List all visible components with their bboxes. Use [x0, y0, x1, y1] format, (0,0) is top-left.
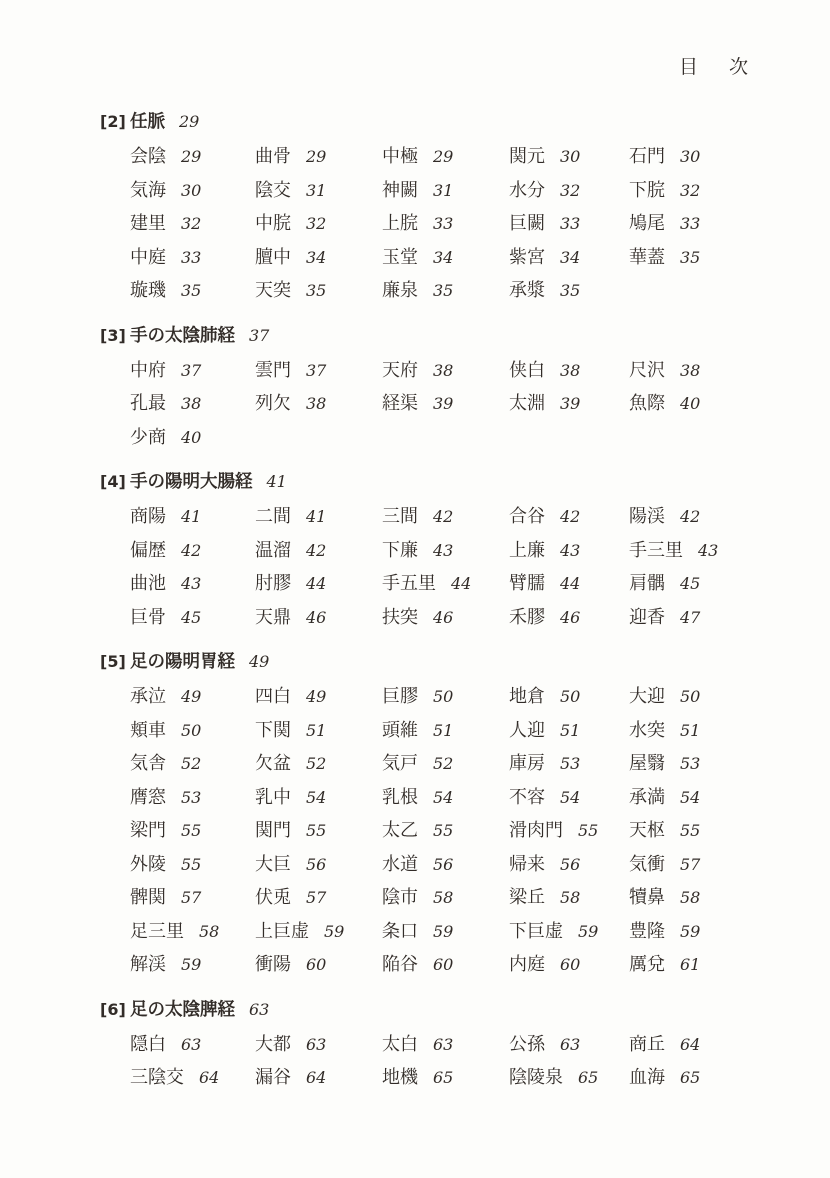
section-number: [4]	[100, 464, 130, 500]
point-name: 膺窓	[130, 787, 166, 808]
point-page-number: 34	[433, 248, 453, 267]
point-name: 承泣	[130, 686, 166, 707]
point-name: 髀関	[130, 887, 166, 908]
point-name: 石門	[629, 146, 665, 167]
point-page-number: 40	[181, 428, 201, 447]
toc-entry: 魚際40	[629, 387, 770, 421]
toc-entry: 石門30	[629, 140, 770, 174]
point-page-number: 57	[680, 855, 700, 874]
toc-row: 隠白63 大都63 太白63 公孫63 商丘64	[130, 1028, 770, 1062]
point-page-number: 38	[433, 361, 453, 380]
point-page-number: 54	[680, 788, 700, 807]
toc-entry: 肩髃45	[629, 567, 770, 601]
point-page-number: 55	[181, 855, 201, 874]
point-page-number: 50	[433, 687, 453, 706]
point-name: 関元	[509, 146, 545, 167]
point-name: 下巨虚	[509, 921, 563, 942]
point-page-number: 42	[181, 541, 201, 560]
toc-entry: 解渓59	[130, 948, 255, 982]
point-name: 華蓋	[629, 247, 665, 268]
toc-entry: 曲骨29	[255, 140, 382, 174]
point-name: 上巨虚	[255, 921, 309, 942]
toc-entry: 経渠39	[382, 387, 509, 421]
point-name: 太淵	[509, 393, 545, 414]
point-page-number: 30	[680, 147, 700, 166]
point-page-number: 31	[433, 181, 453, 200]
toc-entry: 大迎50	[629, 680, 770, 714]
point-page-number: 40	[680, 394, 700, 413]
toc-entry: 華蓋35	[629, 241, 770, 275]
section-rows: 隠白63 大都63 太白63 公孫63 商丘64 三陰交64 漏谷64 地機65…	[130, 1028, 770, 1095]
toc-entry: 温溜42	[255, 534, 382, 568]
point-name: 少商	[130, 427, 166, 448]
toc-entry: 巨闕33	[509, 207, 629, 241]
point-name: 会陰	[130, 146, 166, 167]
point-page-number: 41	[306, 507, 326, 526]
toc-entry: 承漿35	[509, 274, 629, 308]
toc-entry: 下関51	[255, 714, 382, 748]
toc-entry: 下廉43	[382, 534, 509, 568]
toc-entry: 承泣49	[130, 680, 255, 714]
point-page-number: 32	[306, 214, 326, 233]
toc-entry: 手三里43	[629, 534, 770, 568]
point-name: 水突	[629, 720, 665, 741]
section-header: [4]手の陽明大腸経41	[0, 464, 830, 500]
point-name: 伏兎	[255, 887, 291, 908]
point-page-number: 53	[680, 754, 700, 773]
point-page-number: 29	[181, 147, 201, 166]
section-rows: 中府37 雲門37 天府38 侠白38 尺沢38 孔最38 列欠38 経渠39 …	[130, 354, 770, 455]
toc-entry: 太乙55	[382, 814, 509, 848]
toc-entry: 膻中34	[255, 241, 382, 275]
section-number: [5]	[100, 644, 130, 680]
point-name: 商陽	[130, 506, 166, 527]
point-name: 大巨	[255, 854, 291, 875]
point-page-number: 53	[560, 754, 580, 773]
point-page-number: 32	[560, 181, 580, 200]
point-page-number: 37	[181, 361, 201, 380]
toc-row: 巨骨45 天鼎46 扶突46 禾膠46 迎香47	[130, 601, 770, 635]
point-name: 大都	[255, 1034, 291, 1055]
point-page-number: 46	[433, 608, 453, 627]
toc-entry: 中府37	[130, 354, 255, 388]
point-page-number: 54	[560, 788, 580, 807]
point-page-number: 64	[199, 1068, 219, 1087]
point-page-number: 58	[560, 888, 580, 907]
toc-entry: 三陰交64	[130, 1061, 255, 1095]
point-page-number: 56	[560, 855, 580, 874]
toc-entry: 地倉50	[509, 680, 629, 714]
point-page-number: 51	[680, 721, 700, 740]
point-page-number: 52	[433, 754, 453, 773]
point-name: 地機	[382, 1067, 418, 1088]
toc-entry: 陰陵泉65	[509, 1061, 629, 1095]
point-name: 足三里	[130, 921, 184, 942]
point-page-number: 30	[181, 181, 201, 200]
point-name: 扶突	[382, 607, 418, 628]
toc-entry: 建里32	[130, 207, 255, 241]
toc-entry: 紫宮34	[509, 241, 629, 275]
point-name: 温溜	[255, 540, 291, 561]
point-name: 手三里	[629, 540, 683, 561]
section-rows: 会陰29 曲骨29 中極29 関元30 石門30 気海30 陰交31 神闕31 …	[130, 140, 770, 308]
toc-entry: 合谷42	[509, 500, 629, 534]
point-name: 解渓	[130, 954, 166, 975]
point-page-number: 63	[433, 1035, 453, 1054]
point-name: 下脘	[629, 180, 665, 201]
point-page-number: 29	[433, 147, 453, 166]
point-name: 梁丘	[509, 887, 545, 908]
toc-entry: 衝陽60	[255, 948, 382, 982]
point-page-number: 56	[306, 855, 326, 874]
toc-entry: 扶突46	[382, 601, 509, 635]
toc-entry: 隠白63	[130, 1028, 255, 1062]
point-page-number: 38	[306, 394, 326, 413]
point-page-number: 38	[680, 361, 700, 380]
toc-entry: 手五里44	[382, 567, 509, 601]
toc-entry: 関元30	[509, 140, 629, 174]
point-page-number: 43	[433, 541, 453, 560]
point-name: 梁門	[130, 820, 166, 841]
toc-row: 会陰29 曲骨29 中極29 関元30 石門30	[130, 140, 770, 174]
toc-entry: 犢鼻58	[629, 881, 770, 915]
section-number: [3]	[100, 318, 130, 354]
section-page-number: 49	[249, 652, 269, 671]
point-page-number: 59	[433, 922, 453, 941]
section-title: 任脈	[130, 112, 165, 132]
point-page-number: 34	[306, 248, 326, 267]
point-name: 関門	[255, 820, 291, 841]
point-name: 魚際	[629, 393, 665, 414]
toc-entry: 気衝57	[629, 848, 770, 882]
point-name: 欠盆	[255, 753, 291, 774]
toc-row: 建里32 中脘32 上脘33 巨闕33 鳩尾33	[130, 207, 770, 241]
point-name: 曲池	[130, 573, 166, 594]
toc-entry: 商陽41	[130, 500, 255, 534]
section-header: [3]手の太陰肺経37	[0, 318, 830, 354]
toc-entry: 気戸52	[382, 747, 509, 781]
point-name: 建里	[130, 213, 166, 234]
section-header: [5]足の陽明胃経49	[0, 644, 830, 680]
toc-entry: 尺沢38	[629, 354, 770, 388]
toc-entry: 外陵55	[130, 848, 255, 882]
toc-entry: 地機65	[382, 1061, 509, 1095]
toc-entry: 上脘33	[382, 207, 509, 241]
toc-row: 曲池43 肘膠44 手五里44 臂臑44 肩髃45	[130, 567, 770, 601]
point-name: 気海	[130, 180, 166, 201]
point-name: 下廉	[382, 540, 418, 561]
point-page-number: 60	[306, 955, 326, 974]
toc-entry: 迎香47	[629, 601, 770, 635]
point-name: 手五里	[382, 573, 436, 594]
section-page-number: 37	[249, 326, 269, 345]
toc-entry: 頬車50	[130, 714, 255, 748]
toc-entry: 不容54	[509, 781, 629, 815]
point-name: 四白	[255, 686, 291, 707]
toc-entry: 大巨56	[255, 848, 382, 882]
point-name: 鳩尾	[629, 213, 665, 234]
section-rows: 商陽41 二間41 三間42 合谷42 陽渓42 偏歴42 温溜42 下廉43 …	[130, 500, 770, 634]
point-name: 中極	[382, 146, 418, 167]
point-name: 庫房	[509, 753, 545, 774]
point-page-number: 44	[560, 574, 580, 593]
point-page-number: 31	[306, 181, 326, 200]
section-title: 手の陽明大腸経	[130, 472, 253, 492]
point-name: 隠白	[130, 1034, 166, 1055]
point-page-number: 51	[433, 721, 453, 740]
point-page-number: 33	[680, 214, 700, 233]
point-name: 乳中	[255, 787, 291, 808]
point-name: 三間	[382, 506, 418, 527]
toc-entry: 璇璣35	[130, 274, 255, 308]
toc-entry: 髀関57	[130, 881, 255, 915]
toc-entry: 頭維51	[382, 714, 509, 748]
point-name: 気衝	[629, 854, 665, 875]
toc-entry: 廉泉35	[382, 274, 509, 308]
toc-entry: 膺窓53	[130, 781, 255, 815]
point-name: 廉泉	[382, 280, 418, 301]
point-name: 合谷	[509, 506, 545, 527]
point-name: 血海	[629, 1067, 665, 1088]
toc-entry: 禾膠46	[509, 601, 629, 635]
toc-row: 中庭33 膻中34 玉堂34 紫宮34 華蓋35	[130, 241, 770, 275]
section-page-number: 41	[267, 472, 287, 491]
page-title: 目 次	[679, 52, 754, 79]
point-page-number: 44	[451, 574, 471, 593]
point-page-number: 58	[433, 888, 453, 907]
point-page-number: 50	[560, 687, 580, 706]
toc-entry: 下巨虚59	[509, 915, 629, 949]
point-name: 犢鼻	[629, 887, 665, 908]
toc-row: 外陵55 大巨56 水道56 帰来56 気衝57	[130, 848, 770, 882]
section-title: 足の陽明胃経	[130, 652, 235, 672]
toc-entry: 侠白38	[509, 354, 629, 388]
toc-entry: 欠盆52	[255, 747, 382, 781]
toc-entry: 厲兌61	[629, 948, 770, 982]
toc-entry: 臂臑44	[509, 567, 629, 601]
point-page-number: 39	[560, 394, 580, 413]
point-name: 乳根	[382, 787, 418, 808]
toc-entry: 陰交31	[255, 174, 382, 208]
point-name: 下関	[255, 720, 291, 741]
toc-entry: 公孫63	[509, 1028, 629, 1062]
point-page-number: 33	[433, 214, 453, 233]
point-page-number: 65	[680, 1068, 700, 1087]
point-name: 衝陽	[255, 954, 291, 975]
toc-row: 中府37 雲門37 天府38 侠白38 尺沢38	[130, 354, 770, 388]
point-name: 中庭	[130, 247, 166, 268]
section-number: [2]	[100, 104, 130, 140]
point-name: 天枢	[629, 820, 665, 841]
toc-entry: 中極29	[382, 140, 509, 174]
toc-entry: 水道56	[382, 848, 509, 882]
toc-entry: 陰市58	[382, 881, 509, 915]
toc-entry: 梁門55	[130, 814, 255, 848]
point-name: 陰陵泉	[509, 1067, 563, 1088]
point-name: 地倉	[509, 686, 545, 707]
toc-row: 孔最38 列欠38 経渠39 太淵39 魚際40	[130, 387, 770, 421]
toc-content: [2]任脈29 会陰29 曲骨29 中極29 関元30 石門30 気海30 陰交…	[0, 0, 830, 1095]
toc-entry: 乳中54	[255, 781, 382, 815]
point-page-number: 58	[199, 922, 219, 941]
toc-entry: 太淵39	[509, 387, 629, 421]
point-name: 公孫	[509, 1034, 545, 1055]
toc-row: 膺窓53 乳中54 乳根54 不容54 承満54	[130, 781, 770, 815]
point-name: 璇璣	[130, 280, 166, 301]
point-page-number: 33	[181, 248, 201, 267]
toc-entry: 中庭33	[130, 241, 255, 275]
point-name: 気戸	[382, 753, 418, 774]
toc-entry: 会陰29	[130, 140, 255, 174]
point-page-number: 29	[306, 147, 326, 166]
point-name: 紫宮	[509, 247, 545, 268]
point-name: 太白	[382, 1034, 418, 1055]
section-title: 足の太陰脾経	[130, 1000, 235, 1020]
point-page-number: 54	[306, 788, 326, 807]
toc-row: 解渓59 衝陽60 陥谷60 内庭60 厲兌61	[130, 948, 770, 982]
point-name: 陰市	[382, 887, 418, 908]
point-page-number: 34	[560, 248, 580, 267]
section-header: [6]足の太陰脾経63	[0, 992, 830, 1028]
point-name: 膻中	[255, 247, 291, 268]
point-page-number: 47	[680, 608, 700, 627]
point-page-number: 60	[433, 955, 453, 974]
toc-entry: 天鼎46	[255, 601, 382, 635]
point-name: 人迎	[509, 720, 545, 741]
toc-entry: 陽渓42	[629, 500, 770, 534]
point-page-number: 59	[181, 955, 201, 974]
toc-entry: 水突51	[629, 714, 770, 748]
point-page-number: 43	[698, 541, 718, 560]
point-page-number: 42	[306, 541, 326, 560]
point-name: 屋翳	[629, 753, 665, 774]
toc-row: 商陽41 二間41 三間42 合谷42 陽渓42	[130, 500, 770, 534]
point-page-number: 42	[680, 507, 700, 526]
point-name: 水分	[509, 180, 545, 201]
point-page-number: 55	[181, 821, 201, 840]
point-name: 内庭	[509, 954, 545, 975]
toc-entry: 孔最38	[130, 387, 255, 421]
point-page-number: 55	[433, 821, 453, 840]
point-page-number: 50	[181, 721, 201, 740]
point-name: 玉堂	[382, 247, 418, 268]
point-page-number: 63	[560, 1035, 580, 1054]
point-name: 滑肉門	[509, 820, 563, 841]
toc-entry: 四白49	[255, 680, 382, 714]
toc-entry: 漏谷64	[255, 1061, 382, 1095]
toc-entry: 屋翳53	[629, 747, 770, 781]
point-page-number: 35	[680, 248, 700, 267]
point-name: 天府	[382, 360, 418, 381]
toc-entry: 足三里58	[130, 915, 255, 949]
toc-entry: 天枢55	[629, 814, 770, 848]
toc-entry: 陥谷60	[382, 948, 509, 982]
point-name: 巨闕	[509, 213, 545, 234]
point-name: 承満	[629, 787, 665, 808]
point-page-number: 63	[306, 1035, 326, 1054]
toc-entry: 列欠38	[255, 387, 382, 421]
point-name: 経渠	[382, 393, 418, 414]
toc-row: 足三里58 上巨虚59 条口59 下巨虚59 豊隆59	[130, 915, 770, 949]
point-page-number: 32	[181, 214, 201, 233]
point-name: 孔最	[130, 393, 166, 414]
point-page-number: 35	[560, 281, 580, 300]
point-page-number: 55	[578, 821, 598, 840]
point-page-number: 60	[560, 955, 580, 974]
point-page-number: 49	[181, 687, 201, 706]
point-name: 豊隆	[629, 921, 665, 942]
point-name: 外陵	[130, 854, 166, 875]
point-name: 上廉	[509, 540, 545, 561]
point-name: 巨膠	[382, 686, 418, 707]
point-page-number: 32	[680, 181, 700, 200]
toc-entry: 下脘32	[629, 174, 770, 208]
point-page-number: 54	[433, 788, 453, 807]
toc-entry: 内庭60	[509, 948, 629, 982]
toc-entry: 商丘64	[629, 1028, 770, 1062]
toc-row: 梁門55 関門55 太乙55 滑肉門55 天枢55	[130, 814, 770, 848]
point-name: 水道	[382, 854, 418, 875]
point-page-number: 57	[181, 888, 201, 907]
point-page-number: 51	[306, 721, 326, 740]
section-page-number: 63	[249, 1000, 269, 1019]
toc-entry: 中脘32	[255, 207, 382, 241]
toc-entry: 肘膠44	[255, 567, 382, 601]
point-page-number: 56	[433, 855, 453, 874]
point-page-number: 30	[560, 147, 580, 166]
point-page-number: 63	[181, 1035, 201, 1054]
toc-row: 偏歴42 温溜42 下廉43 上廉43 手三里43	[130, 534, 770, 568]
point-name: 天突	[255, 280, 291, 301]
point-page-number: 50	[680, 687, 700, 706]
point-name: 承漿	[509, 280, 545, 301]
point-page-number: 59	[324, 922, 344, 941]
point-name: 不容	[509, 787, 545, 808]
toc-entry: 乳根54	[382, 781, 509, 815]
toc-entry: 巨膠50	[382, 680, 509, 714]
point-page-number: 52	[181, 754, 201, 773]
point-name: 陰交	[255, 180, 291, 201]
point-page-number: 65	[578, 1068, 598, 1087]
point-page-number: 46	[560, 608, 580, 627]
point-name: 三陰交	[130, 1067, 184, 1088]
toc-row: 璇璣35 天突35 廉泉35 承漿35	[130, 274, 770, 308]
point-page-number: 37	[306, 361, 326, 380]
point-name: 中府	[130, 360, 166, 381]
point-page-number: 58	[680, 888, 700, 907]
toc-entry: 天府38	[382, 354, 509, 388]
section-number: [6]	[100, 992, 130, 1028]
toc-entry: 関門55	[255, 814, 382, 848]
toc-row: 少商40	[130, 421, 770, 455]
point-name: 厲兌	[629, 954, 665, 975]
point-name: 雲門	[255, 360, 291, 381]
toc-entry: 水分32	[509, 174, 629, 208]
toc-row: 髀関57 伏兎57 陰市58 梁丘58 犢鼻58	[130, 881, 770, 915]
toc-section: [5]足の陽明胃経49 承泣49 四白49 巨膠50 地倉50 大迎50 頬車5…	[0, 644, 830, 982]
point-page-number: 35	[181, 281, 201, 300]
toc-entry: 偏歴42	[130, 534, 255, 568]
toc-entry: 庫房53	[509, 747, 629, 781]
section-header: [2]任脈29	[0, 104, 830, 140]
point-name: 侠白	[509, 360, 545, 381]
point-name: 太乙	[382, 820, 418, 841]
point-name: 条口	[382, 921, 418, 942]
section-title: 手の太陰肺経	[130, 326, 235, 346]
toc-entry: 天突35	[255, 274, 382, 308]
point-name: 漏谷	[255, 1067, 291, 1088]
point-page-number: 33	[560, 214, 580, 233]
